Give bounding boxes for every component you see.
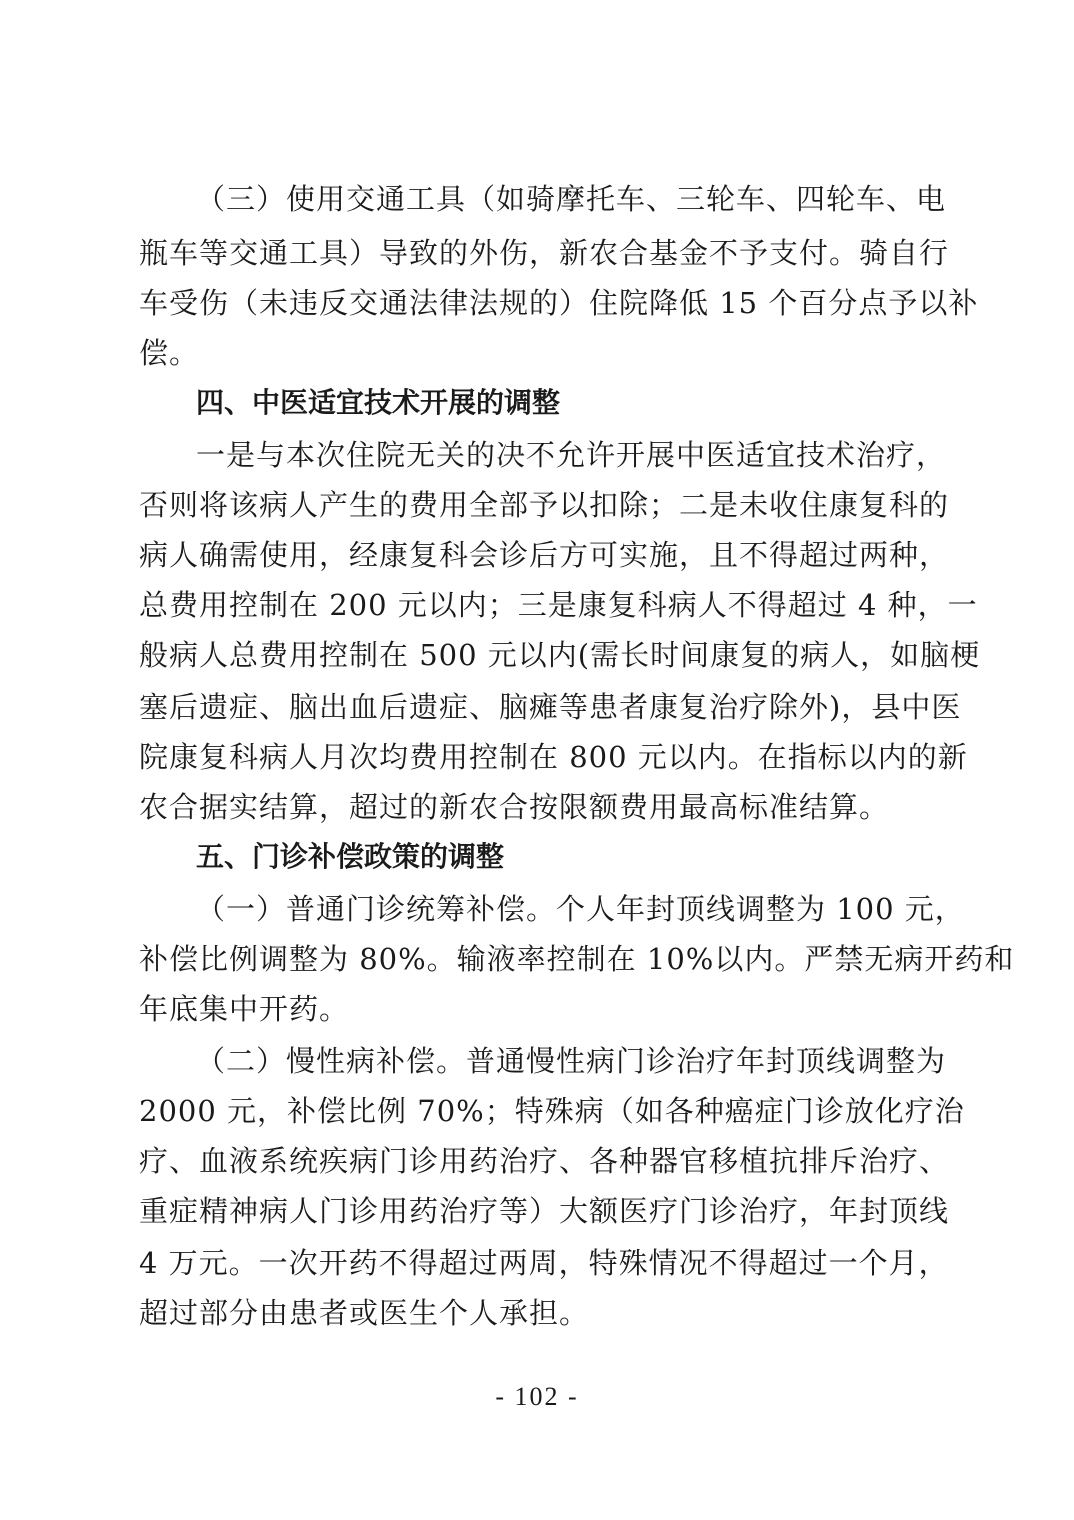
paragraph-line: 否则将该病人产生的费用全部予以扣除；二是未收住康复科的 [139,488,935,522]
paragraph-line: 般病人总费用控制在 500 元以内(需长时间康复的病人，如脑梗 [139,638,935,672]
paragraph-line: 塞后遗症、脑出血后遗症、脑瘫等患者康复治疗除外)，县中医 [139,690,935,724]
paragraph-line: 疗、血液系统疾病门诊用药治疗、各种器官移植抗排斥治疗、 [139,1144,935,1178]
section-heading: 五、门诊补偿政策的调整 [196,840,504,874]
paragraph-line: 4 万元。一次开药不得超过两周，特殊情况不得超过一个月， [139,1246,935,1280]
paragraph-line: （三）使用交通工具（如骑摩托车、三轮车、四轮车、电 [196,182,935,216]
paragraph-line: 2000 元，补偿比例 70%；特殊病（如各种癌症门诊放化疗治 [139,1094,935,1128]
paragraph-line: 年底集中开药。 [139,992,935,1026]
paragraph-line: 补偿比例调整为 80%。输液率控制在 10%以内。严禁无病开药和 [139,942,935,976]
paragraph-line: 一是与本次住院无关的决不允许开展中医适宜技术治疗， [196,438,935,472]
paragraph-line: 超过部分由患者或医生个人承担。 [139,1296,935,1330]
paragraph-line: 车受伤（未违反交通法律法规的）住院降低 15 个百分点予以补 [139,286,935,320]
paragraph-line: （二）慢性病补偿。普通慢性病门诊治疗年封顶线调整为 [196,1044,935,1078]
document-page: （三）使用交通工具（如骑摩托车、三轮车、四轮车、电 瓶车等交通工具）导致的外伤，… [0,0,1074,1520]
paragraph-line: 病人确需使用，经康复科会诊后方可实施，且不得超过两种， [139,538,935,572]
paragraph-line: 瓶车等交通工具）导致的外伤，新农合基金不予支付。骑自行 [139,236,935,270]
paragraph-line: 偿。 [139,336,935,370]
section-heading: 四、中医适宜技术开展的调整 [196,386,560,420]
paragraph-line: 总费用控制在 200 元以内；三是康复科病人不得超过 4 种，一 [139,588,935,622]
paragraph-line: 院康复科病人月次均费用控制在 800 元以内。在指标以内的新 [139,740,935,774]
paragraph-line: 农合据实结算，超过的新农合按限额费用最高标准结算。 [139,790,935,824]
page-number: - 102 - [0,1382,1074,1412]
paragraph-line: （一）普通门诊统筹补偿。个人年封顶线调整为 100 元， [196,892,935,926]
paragraph-line: 重症精神病人门诊用药治疗等）大额医疗门诊治疗，年封顶线 [139,1194,935,1228]
